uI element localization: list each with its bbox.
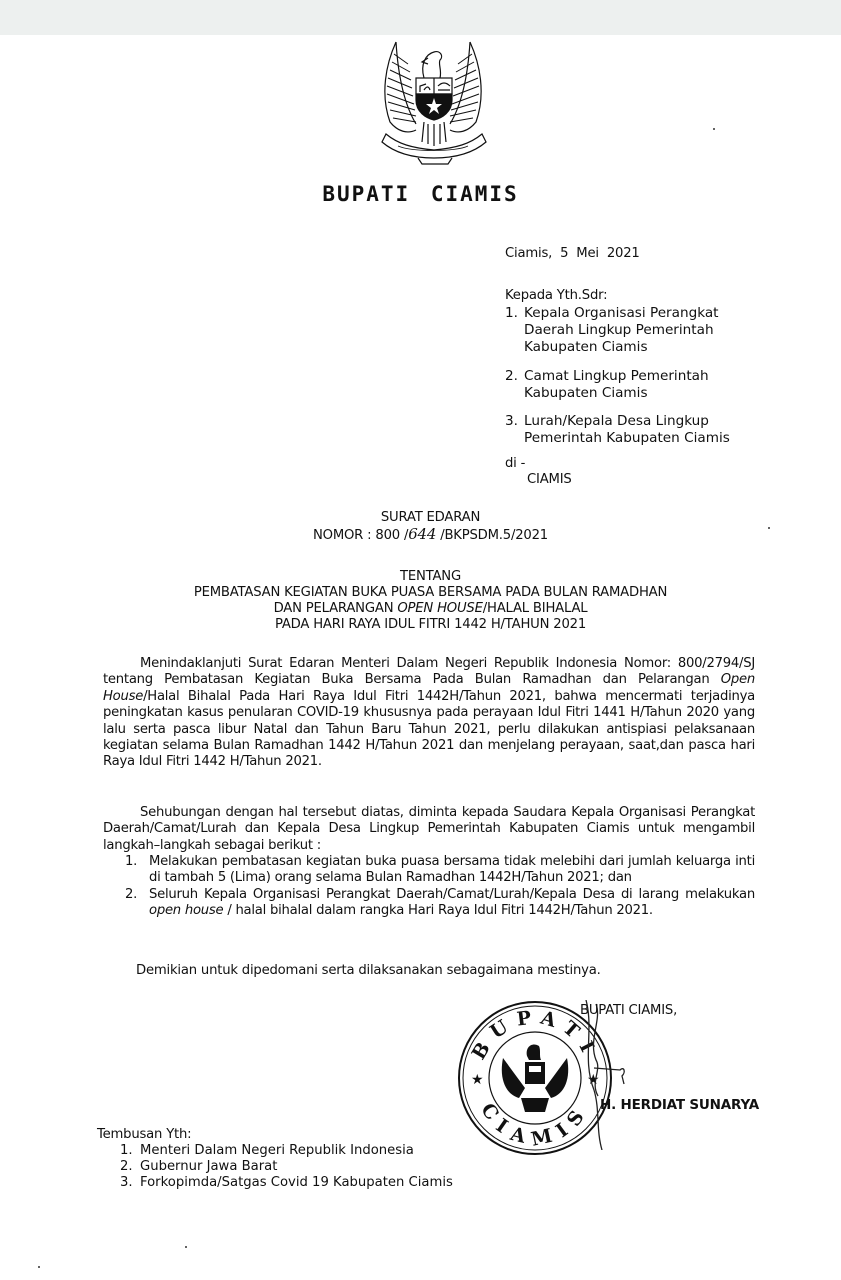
nomor-prefix: NOMOR : 800 / [313, 528, 408, 543]
recipient-number: 2. [505, 368, 518, 385]
list-item: 1.Melakukan pembatasan kegiatan buka pua… [125, 854, 755, 887]
subject-text: /HALAL BIHALAL [483, 601, 588, 616]
list-item: 3.Forkopimda/Satgas Covid 19 Kabupaten C… [120, 1175, 453, 1191]
list-number: 1. [120, 1143, 133, 1159]
list-text: Gubernur Jawa Barat [140, 1159, 277, 1174]
svg-text:★: ★ [471, 1072, 484, 1088]
copies-title: Tembusan Yth: [97, 1127, 191, 1143]
letterhead-title: BUPATI CIAMIS [0, 182, 841, 206]
list-number: 1. [125, 854, 137, 870]
signatory-title: BUPATI CIAMIS, [580, 1003, 677, 1019]
recipient-line: Daerah Lingkup Pemerintah [524, 322, 719, 339]
list-italic: open house [149, 903, 223, 918]
closing-sentence: Demikian untuk dipedomani serta dilaksan… [136, 963, 601, 979]
viewer-top-bar [0, 0, 841, 35]
scan-speck [768, 527, 770, 529]
subject-italic: OPEN HOUSE [397, 601, 482, 616]
recipient-line: Camat Lingkup Pemerintah [524, 368, 709, 385]
list-item: 2.Gubernur Jawa Barat [120, 1159, 453, 1175]
subject-line: PADA HARI RAYA IDUL FITRI 1442 H/TAHUN 2… [0, 617, 841, 633]
tentang-label: TENTANG [0, 569, 841, 585]
list-text: Melakukan pembatasan kegiatan buka puasa… [149, 854, 755, 885]
scan-speck [713, 128, 715, 130]
scan-speck [38, 1266, 40, 1268]
circular-type: SURAT EDARAN [0, 510, 841, 526]
paragraph-text: Menindaklanjuti Surat Edaran Menteri Dal… [103, 656, 755, 687]
body-paragraph-1: Menindaklanjuti Surat Edaran Menteri Dal… [103, 656, 755, 771]
paragraph-text: Sehubungan dengan hal tersebut diatas, d… [103, 805, 755, 854]
scan-speck [185, 1246, 187, 1248]
list-number: 2. [125, 887, 137, 903]
place-date: Ciamis, 5 Mei 2021 [505, 246, 640, 262]
steps-list: 1.Melakukan pembatasan kegiatan buka pua… [125, 854, 755, 920]
recipient-number: 3. [505, 413, 518, 430]
di-label: di - [505, 456, 525, 472]
list-item: 2.Seluruh Kepala Organisasi Perangkat Da… [125, 887, 755, 920]
list-item: 1.Menteri Dalam Negeri Republik Indonesi… [120, 1143, 453, 1159]
destination: CIAMIS [527, 472, 572, 488]
subject-line: DAN PELARANGAN OPEN HOUSE/HALAL BIHALAL [0, 601, 841, 617]
paragraph-text: /Halal Bihalal Pada Hari Raya Idul Fitri… [103, 689, 755, 770]
nomor-handwritten: 644 [408, 525, 436, 543]
list-text: / halal bihalal dalam rangka Hari Raya I… [223, 903, 653, 918]
list-text: Forkopimda/Satgas Covid 19 Kabupaten Cia… [140, 1175, 453, 1190]
signatory-name: H. HERDIAT SUNARYA [600, 1097, 759, 1113]
recipient-line: Kabupaten Ciamis [524, 385, 709, 402]
subject-line: PEMBATASAN KEGIATAN BUKA PUASA BERSAMA P… [0, 585, 841, 601]
list-number: 2. [120, 1159, 133, 1175]
circular-number: NOMOR : 800 /644 /BKPSDM.5/2021 [0, 526, 841, 544]
list-text: Menteri Dalam Negeri Republik Indonesia [140, 1143, 414, 1158]
recipient-line: Lurah/Kepala Desa Lingkup [524, 413, 730, 430]
recipient-intro: Kepada Yth.Sdr: [505, 288, 607, 304]
subject-text: DAN PELARANGAN [274, 601, 398, 616]
handwritten-signature-icon [580, 1000, 680, 1150]
recipient-line: Kepala Organisasi Perangkat [524, 305, 719, 322]
body-paragraph-2: Sehubungan dengan hal tersebut diatas, d… [103, 805, 755, 854]
list-text: Seluruh Kepala Organisasi Perangkat Daer… [149, 887, 755, 902]
recipient-line: Kabupaten Ciamis [524, 339, 719, 356]
nomor-suffix: /BKPSDM.5/2021 [436, 528, 548, 543]
list-number: 3. [120, 1175, 133, 1191]
garuda-emblem-icon [368, 34, 498, 166]
recipient-number: 1. [505, 305, 518, 322]
copies-list: 1.Menteri Dalam Negeri Republik Indonesi… [120, 1143, 453, 1191]
recipient-line: Pemerintah Kabupaten Ciamis [524, 430, 730, 447]
